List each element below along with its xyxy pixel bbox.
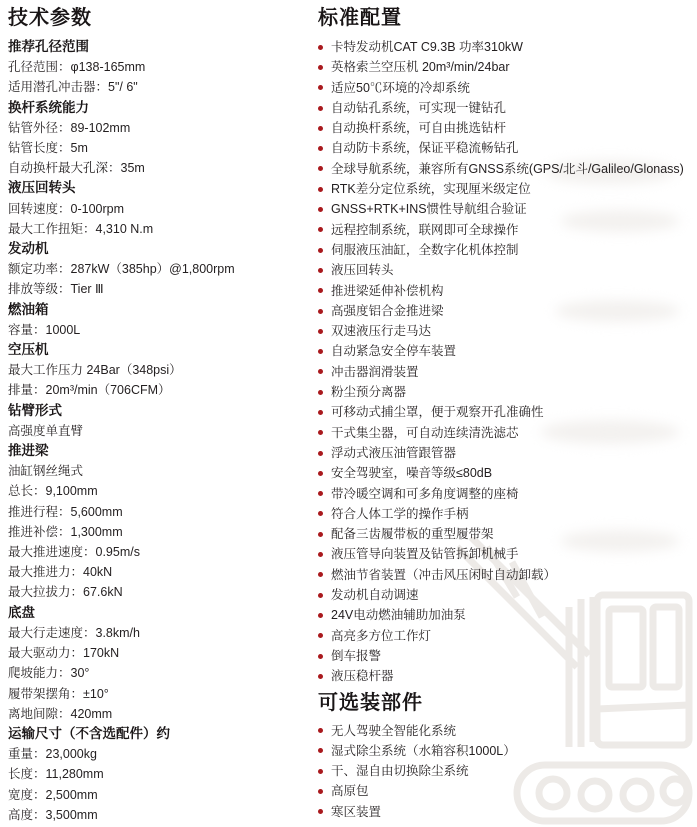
bullet-icon [318, 633, 323, 638]
feature-item: 高原包 [318, 781, 697, 801]
feature-item: 自动防卡系统，保证平稳流畅钻孔 [318, 138, 697, 158]
feature-text: 推进梁延伸补偿机构 [331, 281, 444, 301]
bullet-icon [318, 288, 323, 293]
tech-specs-column: 技术参数 推荐孔径范围孔径范围：φ138-165mm适用潜孔冲击器：5"/ 6"… [8, 6, 313, 825]
bullet-icon [318, 748, 323, 753]
bullet-icon [318, 227, 323, 232]
spec-line: 额定功率：287kW（385hp）@1,800rpm [8, 259, 313, 279]
bullet-icon [318, 789, 323, 794]
feature-text: 卡特发动机CAT C9.3B 功率310kW [331, 37, 523, 57]
bullet-icon [318, 572, 323, 577]
feature-text: 液压稳杆器 [331, 666, 394, 686]
standard-config-list: 卡特发动机CAT C9.3B 功率310kW英格索兰空压机 20m³/min/2… [318, 37, 697, 687]
standard-config-title: 标准配置 [318, 6, 697, 30]
bullet-icon [318, 593, 323, 598]
feature-text: 可移动式捕尘罩，便于观察开孔准确性 [331, 402, 544, 422]
spec-line: 容量：1000L [8, 320, 313, 340]
spec-section-heading: 燃油箱 [8, 300, 313, 320]
feature-text: RTK差分定位系统，实现厘米级定位 [331, 179, 531, 199]
feature-text: 符合人体工学的操作手柄 [331, 504, 469, 524]
feature-item: 液压稳杆器 [318, 666, 697, 686]
feature-item: 全球导航系统，兼容所有GNSS系统(GPS/北斗/Galileo/Glonass… [318, 159, 697, 179]
spec-section-heading: 换杆系统能力 [8, 98, 313, 118]
spec-line: 长度：11,280mm [8, 764, 313, 784]
spec-line: 高强度单直臂 [8, 421, 313, 441]
bullet-icon [318, 613, 323, 618]
bullet-icon [318, 85, 323, 90]
feature-text: 自动换杆系统，可自由挑选钻杆 [331, 118, 506, 138]
spec-line: 最大驱动力：170kN [8, 643, 313, 663]
bullet-icon [318, 166, 323, 171]
feature-text: 自动紧急安全停车装置 [331, 341, 456, 361]
optional-parts-title: 可选装部件 [318, 691, 697, 715]
config-column: 标准配置 卡特发动机CAT C9.3B 功率310kW英格索兰空压机 20m³/… [318, 6, 697, 822]
bullet-icon [318, 511, 323, 516]
spec-line: 重量：23,000kg [8, 744, 313, 764]
spec-line: 高度：3,500mm [8, 805, 313, 825]
feature-text: 远程控制系统，联网即可全球操作 [331, 220, 519, 240]
feature-item: 湿式除尘系统（水箱容积1000L） [318, 741, 697, 761]
spec-line: 最大推进力：40kN [8, 562, 313, 582]
feature-item: 寒区装置 [318, 802, 697, 822]
feature-item: 自动钻孔系统，可实现一键钻孔 [318, 98, 697, 118]
spec-section-heading: 空压机 [8, 340, 313, 360]
spec-line: 总长：9,100mm [8, 481, 313, 501]
feature-item: 双速液压行走马达 [318, 321, 697, 341]
spec-line: 最大工作压力 24Bar（348psi） [8, 360, 313, 380]
spec-line: 回转速度：0-100rpm [8, 199, 313, 219]
spec-section-heading: 底盘 [8, 603, 313, 623]
bullet-icon [318, 491, 323, 496]
spec-line: 排放等级：Tier Ⅲ [8, 279, 313, 299]
feature-item: 安全驾驶室，噪音等级≤80dB [318, 463, 697, 483]
feature-text: 粉尘预分离器 [331, 382, 406, 402]
feature-text: 干式集尘器，可自动连续清洗滤芯 [331, 423, 519, 443]
feature-text: 发动机自动调速 [331, 585, 419, 605]
spec-line: 钻管长度：5m [8, 138, 313, 158]
feature-item: 伺服液压油缸，全数字化机体控制 [318, 240, 697, 260]
spec-line: 自动换杆最大孔深：35m [8, 158, 313, 178]
feature-text: 倒车报警 [331, 646, 381, 666]
feature-item: 远程控制系统，联网即可全球操作 [318, 220, 697, 240]
feature-text: 寒区装置 [331, 802, 381, 822]
spec-section-heading: 推进梁 [8, 441, 313, 461]
feature-item: 液压回转头 [318, 260, 697, 280]
feature-text: 自动钻孔系统，可实现一键钻孔 [331, 98, 506, 118]
spec-line: 最大行走速度：3.8km/h [8, 623, 313, 643]
feature-text: 全球导航系统，兼容所有GNSS系统(GPS/北斗/Galileo/Glonass… [331, 159, 684, 179]
spec-line: 最大工作扭矩：4,310 N.m [8, 219, 313, 239]
bullet-icon [318, 430, 323, 435]
bullet-icon [318, 126, 323, 131]
spec-line: 推进补偿：1,300mm [8, 522, 313, 542]
feature-item: 可移动式捕尘罩，便于观察开孔准确性 [318, 402, 697, 422]
feature-text: 双速液压行走马达 [331, 321, 431, 341]
feature-item: 符合人体工学的操作手柄 [318, 504, 697, 524]
feature-text: 冲击器润滑装置 [331, 362, 419, 382]
feature-item: 干、湿自由切换除尘系统 [318, 761, 697, 781]
spec-line: 宽度：2,500mm [8, 785, 313, 805]
bullet-icon [318, 674, 323, 679]
feature-item: 浮动式液压油管跟管器 [318, 443, 697, 463]
bullet-icon [318, 654, 323, 659]
feature-text: 适应50℃环境的冷却系统 [331, 78, 470, 98]
spec-line: 履带架摆角：±10° [8, 684, 313, 704]
feature-text: 高强度铝合金推进梁 [331, 301, 444, 321]
spec-line: 最大推进速度：0.95m/s [8, 542, 313, 562]
feature-text: GNSS+RTK+INS惯性导航组合验证 [331, 199, 527, 219]
feature-text: 安全驾驶室，噪音等级≤80dB [331, 463, 492, 483]
feature-text: 24V电动燃油辅助加油泵 [331, 605, 466, 625]
feature-item: 燃油节省装置（冲击风压闲时自动卸载） [318, 565, 697, 585]
bullet-icon [318, 532, 323, 537]
feature-text: 配备三齿履带板的重型履带架 [331, 524, 494, 544]
feature-text: 高亮多方位工作灯 [331, 626, 431, 646]
spec-line: 离地间隙：420mm [8, 704, 313, 724]
feature-text: 液压管导向装置及钻管拆卸机械手 [331, 544, 519, 564]
feature-item: 自动换杆系统，可自由挑选钻杆 [318, 118, 697, 138]
feature-text: 干、湿自由切换除尘系统 [331, 761, 469, 781]
bullet-icon [318, 410, 323, 415]
bullet-icon [318, 728, 323, 733]
tech-specs-list: 推荐孔径范围孔径范围：φ138-165mm适用潜孔冲击器：5"/ 6"换杆系统能… [8, 37, 313, 825]
feature-item: 高强度铝合金推进梁 [318, 301, 697, 321]
feature-item: 倒车报警 [318, 646, 697, 666]
feature-item: 配备三齿履带板的重型履带架 [318, 524, 697, 544]
feature-item: 24V电动燃油辅助加油泵 [318, 605, 697, 625]
feature-text: 无人驾驶全智能化系统 [331, 721, 456, 741]
bullet-icon [318, 329, 323, 334]
spec-line: 适用潜孔冲击器：5"/ 6" [8, 77, 313, 97]
bullet-icon [318, 268, 323, 273]
spec-line: 孔径范围：φ138-165mm [8, 57, 313, 77]
spec-line: 钻管外径：89-102mm [8, 118, 313, 138]
spec-section-heading: 推荐孔径范围 [8, 37, 313, 57]
bullet-icon [318, 369, 323, 374]
spec-line: 排量：20m³/min（706CFM） [8, 380, 313, 400]
spec-section-heading: 钻臂形式 [8, 401, 313, 421]
bullet-icon [318, 248, 323, 253]
feature-item: 卡特发动机CAT C9.3B 功率310kW [318, 37, 697, 57]
bullet-icon [318, 146, 323, 151]
bullet-icon [318, 390, 323, 395]
spec-line: 爬坡能力：30° [8, 663, 313, 683]
feature-item: 高亮多方位工作灯 [318, 626, 697, 646]
bullet-icon [318, 809, 323, 814]
spec-section-heading: 发动机 [8, 239, 313, 259]
feature-text: 湿式除尘系统（水箱容积1000L） [331, 741, 516, 761]
feature-item: 英格索兰空压机 20m³/min/24bar [318, 57, 697, 77]
spec-section-heading: 运输尺寸（不含选配件）约 [8, 724, 313, 744]
feature-item: 推进梁延伸补偿机构 [318, 281, 697, 301]
spec-line: 最大拉拔力：67.6kN [8, 582, 313, 602]
spec-line: 推进行程：5,600mm [8, 502, 313, 522]
feature-text: 液压回转头 [331, 260, 394, 280]
tech-specs-title: 技术参数 [8, 6, 313, 30]
feature-item: 无人驾驶全智能化系统 [318, 721, 697, 741]
bullet-icon [318, 187, 323, 192]
spec-section-heading: 液压回转头 [8, 178, 313, 198]
feature-item: 适应50℃环境的冷却系统 [318, 78, 697, 98]
feature-text: 伺服液压油缸，全数字化机体控制 [331, 240, 519, 260]
feature-item: 冲击器润滑装置 [318, 362, 697, 382]
bullet-icon [318, 552, 323, 557]
bullet-icon [318, 45, 323, 50]
bullet-icon [318, 451, 323, 456]
feature-item: 发动机自动调速 [318, 585, 697, 605]
feature-text: 燃油节省装置（冲击风压闲时自动卸载） [331, 565, 556, 585]
feature-item: GNSS+RTK+INS惯性导航组合验证 [318, 199, 697, 219]
spec-line: 油缸钢丝绳式 [8, 461, 313, 481]
bullet-icon [318, 471, 323, 476]
feature-text: 带冷暖空调和可多角度调整的座椅 [331, 484, 519, 504]
feature-item: 干式集尘器，可自动连续清洗滤芯 [318, 423, 697, 443]
feature-text: 英格索兰空压机 20m³/min/24bar [331, 57, 510, 77]
feature-text: 高原包 [331, 781, 369, 801]
feature-item: 粉尘预分离器 [318, 382, 697, 402]
bullet-icon [318, 769, 323, 774]
bullet-icon [318, 309, 323, 314]
feature-item: 液压管导向装置及钻管拆卸机械手 [318, 544, 697, 564]
optional-parts-list: 无人驾驶全智能化系统湿式除尘系统（水箱容积1000L）干、湿自由切换除尘系统高原… [318, 721, 697, 822]
feature-item: 带冷暖空调和可多角度调整的座椅 [318, 484, 697, 504]
feature-item: 自动紧急安全停车装置 [318, 341, 697, 361]
feature-item: RTK差分定位系统，实现厘米级定位 [318, 179, 697, 199]
bullet-icon [318, 65, 323, 70]
feature-text: 自动防卡系统，保证平稳流畅钻孔 [331, 138, 519, 158]
bullet-icon [318, 207, 323, 212]
bullet-icon [318, 106, 323, 111]
feature-text: 浮动式液压油管跟管器 [331, 443, 456, 463]
bullet-icon [318, 349, 323, 354]
